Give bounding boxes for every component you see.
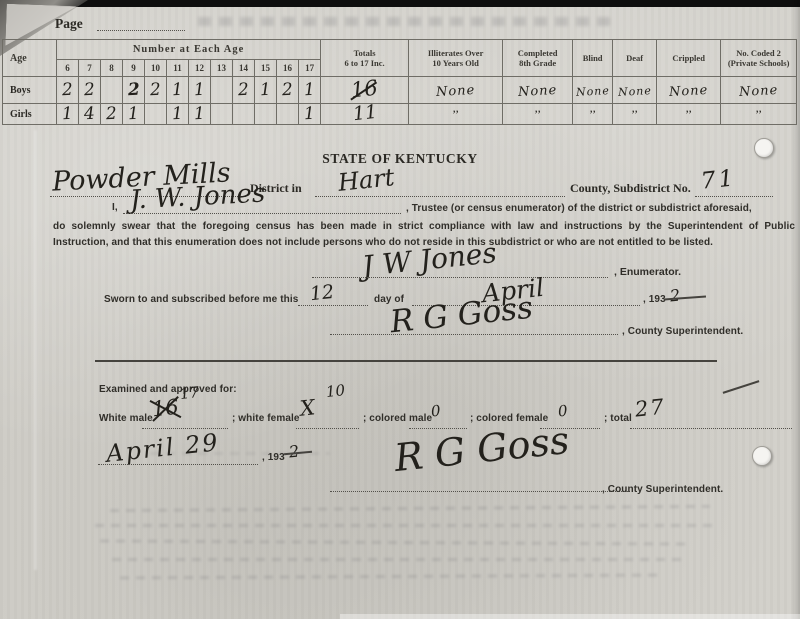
girls-age-11: 1 [172,106,184,124]
white-male-label: White male [99,413,153,424]
subdistrict-number-blank[interactable] [695,195,773,197]
bleed-through-line [120,574,660,580]
sworn-day-blank[interactable] [298,304,368,306]
superintendent-signature: R G Goss [389,293,535,339]
scan-top-edge [0,0,800,7]
totals-header: Totals6 to 17 Inc. [321,40,409,77]
county-subdistrict-label: County, Subdistrict No. [570,181,691,196]
age-8: 8 [101,60,123,77]
white-male-corrected-value: 17 [179,385,200,402]
sworn-day-handwritten: 12 [309,283,335,304]
county-name-blank[interactable] [315,195,565,197]
deaf-header: Deaf [613,40,657,77]
girls-age-8: 2 [106,106,118,124]
white-male-crossed-value: 16 [151,397,180,421]
blind-header: Blind [573,40,613,77]
colored-female-value: 0 [557,404,568,420]
oath-line-1: do solemnly swear that the foregoing cen… [53,221,795,232]
colored-male-label: ; colored male [363,413,432,424]
girls-age-7: 4 [84,106,96,124]
girls-completed-ditto: ’’ [503,104,573,125]
no-coded-header: No. Coded 2(Private Schools) [721,40,797,77]
approval-signature: R G Goss [392,421,570,477]
girls-illiterates-ditto: ’’ [409,104,503,125]
white-female-blank[interactable] [296,427,359,429]
total-label: ; total [604,413,632,424]
age-13: 13 [211,60,233,77]
i-label: I, [112,202,118,213]
boys-age-6: 2 [62,82,74,100]
age-column-header: Age [3,40,57,77]
boys-age-16: 2 [282,82,294,100]
trustee-name-blank[interactable] [123,212,401,214]
bleed-through-line [95,524,715,527]
sworn-label: Sworn to and subscribed before me this [104,294,298,305]
approval-superintendent-label: , County Superintendent. [602,484,723,495]
illiterates-header: Illiterates Over10 Years Old [409,40,503,77]
age-16: 16 [277,60,299,77]
approval-date-handwritten: April 29 [105,430,221,466]
approval-date-blank[interactable] [98,463,258,465]
approval-signature-line[interactable] [330,490,630,492]
crippled-header: Crippled [657,40,721,77]
age-statistics-table: Age Number at Each Age Totals6 to 17 Inc… [2,39,797,125]
boys-age-17: 1 [304,82,316,100]
total-blank[interactable] [630,427,792,429]
approval-heading: Examined and approved for: [99,384,237,395]
superintendent-signature-line[interactable] [330,333,618,335]
boys-no-coded: None [739,84,779,99]
bleed-through-line [150,452,330,455]
age-11: 11 [167,60,189,77]
enumerator-signature-line[interactable] [312,276,608,278]
boys-age-12: 1 [194,82,206,100]
total-value: 27 [634,396,667,420]
boys-illiterates: None [436,84,476,99]
age-15: 15 [255,60,277,77]
white-female-crossed-value: X [299,397,316,419]
girls-age-17: 1 [304,106,316,124]
girls-no-coded-ditto: ’’ [721,104,797,125]
boys-age-9: 2 [127,82,140,100]
page-number-blank[interactable] [97,29,185,31]
girls-age-6: 1 [62,106,74,124]
boys-age-10: 2 [150,82,162,100]
paper-fold-line [34,130,37,570]
boys-row-label: Boys [3,77,57,104]
age-12: 12 [189,60,211,77]
page-label: Page [55,16,83,32]
section-divider [95,360,717,362]
girls-blind-ditto: ’’ [573,104,613,125]
hole-punch-bottom [752,446,772,466]
age-10: 10 [145,60,167,77]
table-row-girls: Girls 1 4 2 1 1 1 1 11 ’’ ’’ ’’ ’’ ’’ ’’ [3,104,797,125]
age-17: 17 [299,60,321,77]
boys-completed: None [518,84,558,99]
trustee-clause: , Trustee (or census enumerator) of the … [406,203,752,214]
scanned-census-document: Page Age Number at Each Age Totals6 to 1… [0,0,800,619]
girls-deaf-ditto: ’’ [613,104,657,125]
bleed-through-line [112,558,682,561]
hole-punch-top [754,138,774,158]
boys-age-15: 1 [260,82,272,100]
age-7: 7 [79,60,101,77]
year-digit-handwritten: 2 [669,288,681,305]
scan-bottom-edge [340,614,800,619]
boys-total: 16 [350,78,379,102]
girls-total: 11 [352,103,378,124]
bleed-through-line [110,505,710,512]
enumerator-label: , Enumerator. [614,266,681,278]
age-9: 9 [123,60,145,77]
table-row-boys: Boys 2 2 2 2 1 1 2 1 2 1 16 None None No… [3,77,797,104]
check-tick-mark [723,380,760,394]
boys-age-7: 2 [84,82,96,100]
girls-age-12: 1 [194,106,206,124]
boys-deaf: None [617,85,651,98]
subdistrict-number-handwritten: 71 [700,167,737,194]
boys-blind: None [575,85,609,98]
boys-crippled: None [669,84,709,99]
age-6: 6 [57,60,79,77]
year-prefix: , 193 [643,294,666,305]
completed-8th-header: Completed8th Grade [503,40,573,77]
age-14: 14 [233,60,255,77]
bleed-through-line [100,539,690,545]
white-female-label: ; white female [232,413,300,424]
girls-crippled-ditto: ’’ [657,104,721,125]
county-name-handwritten: Hart [337,165,396,195]
colored-male-value: 0 [430,404,441,420]
number-at-each-age-header: Number at Each Age [57,40,321,60]
girls-age-9: 1 [128,106,140,124]
bleed-through-header [190,17,610,26]
girls-row-label: Girls [3,104,57,125]
boys-age-14: 2 [238,82,250,100]
white-female-corrected-value: 10 [325,383,346,400]
trustee-name-handwritten: J. W. Jones [129,180,265,213]
boys-age-11: 1 [172,82,184,100]
superintendent-label: , County Superintendent. [622,326,743,337]
